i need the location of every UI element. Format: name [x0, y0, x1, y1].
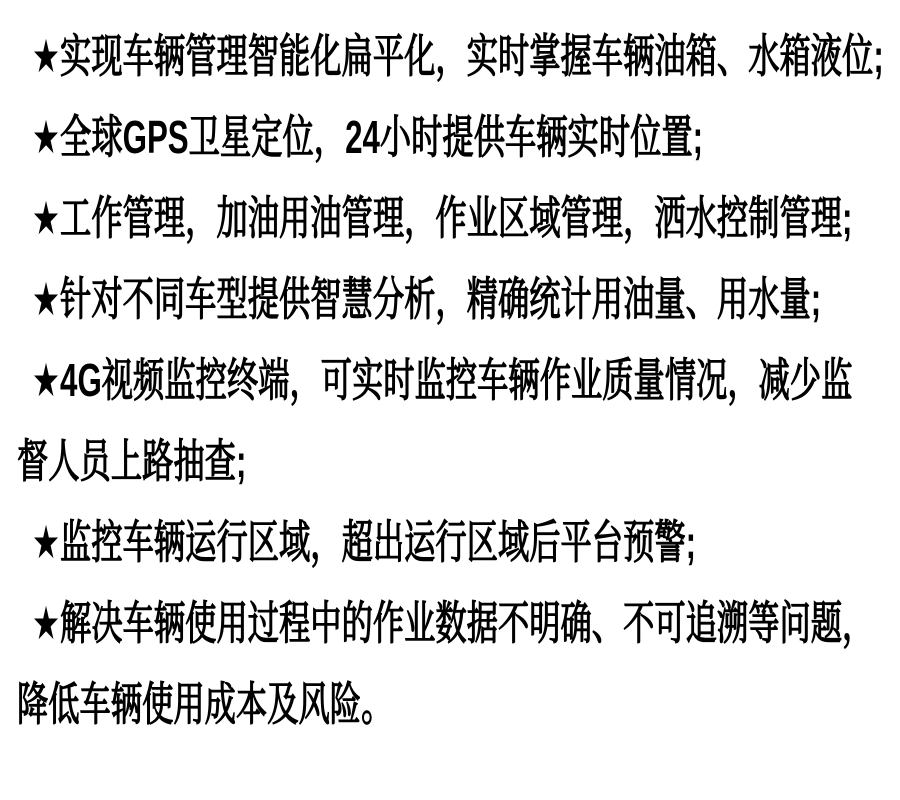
- bullet-continuation-line: 降低车辆使用成本及风险。: [0, 663, 900, 744]
- bullet-line-text: 督人员上路抽查;: [17, 435, 246, 487]
- bullet-line: ★工作管理，加油用油管理，作业区域管理，洒水控制管理;: [0, 177, 900, 258]
- star-bullet-icon: ★: [32, 111, 60, 163]
- feature-text-block: ★实现车辆管理智能化扁平化，实时掌握车辆油箱、水箱液位; ★全球GPS卫星定位，…: [0, 0, 900, 744]
- star-bullet-icon: ★: [32, 354, 60, 406]
- bullet-line: ★解决车辆使用过程中的作业数据不明确、不可追溯等问题，: [0, 582, 900, 663]
- bullet-line-text: 降低车辆使用成本及风险。: [17, 678, 392, 730]
- bullet-line-text: 监控车辆运行区域，超出运行区域后平台预警;: [60, 516, 696, 568]
- bullet-line: ★实现车辆管理智能化扁平化，实时掌握车辆油箱、水箱液位;: [0, 15, 900, 96]
- star-bullet-icon: ★: [32, 192, 60, 244]
- star-bullet-icon: ★: [32, 597, 60, 649]
- bullet-continuation-line: 督人员上路抽查;: [0, 420, 900, 501]
- star-bullet-icon: ★: [32, 273, 60, 325]
- bullet-line: ★4G视频监控终端，可实时监控车辆作业质量情况，减少监: [0, 339, 900, 420]
- bullet-line: ★针对不同车型提供智慧分析，精确统计用油量、用水量;: [0, 258, 900, 339]
- bullet-line-text: 解决车辆使用过程中的作业数据不明确、不可追溯等问题，: [60, 597, 873, 649]
- bullet-line: ★全球GPS卫星定位，24小时提供车辆实时位置;: [0, 96, 900, 177]
- star-bullet-icon: ★: [32, 516, 60, 568]
- bullet-line-text: 针对不同车型提供智慧分析，精确统计用油量、用水量;: [60, 273, 821, 325]
- bullet-line-text: 工作管理，加油用油管理，作业区域管理，洒水控制管理;: [60, 192, 852, 244]
- bullet-line-text: 实现车辆管理智能化扁平化，实时掌握车辆油箱、水箱液位;: [60, 30, 884, 82]
- star-bullet-icon: ★: [32, 30, 60, 82]
- bullet-line-text: 4G视频监控终端，可实时监控车辆作业质量情况，减少监: [60, 354, 852, 406]
- bullet-line-text: 全球GPS卫星定位，24小时提供车辆实时位置;: [60, 111, 703, 163]
- bullet-line: ★监控车辆运行区域，超出运行区域后平台预警;: [0, 501, 900, 582]
